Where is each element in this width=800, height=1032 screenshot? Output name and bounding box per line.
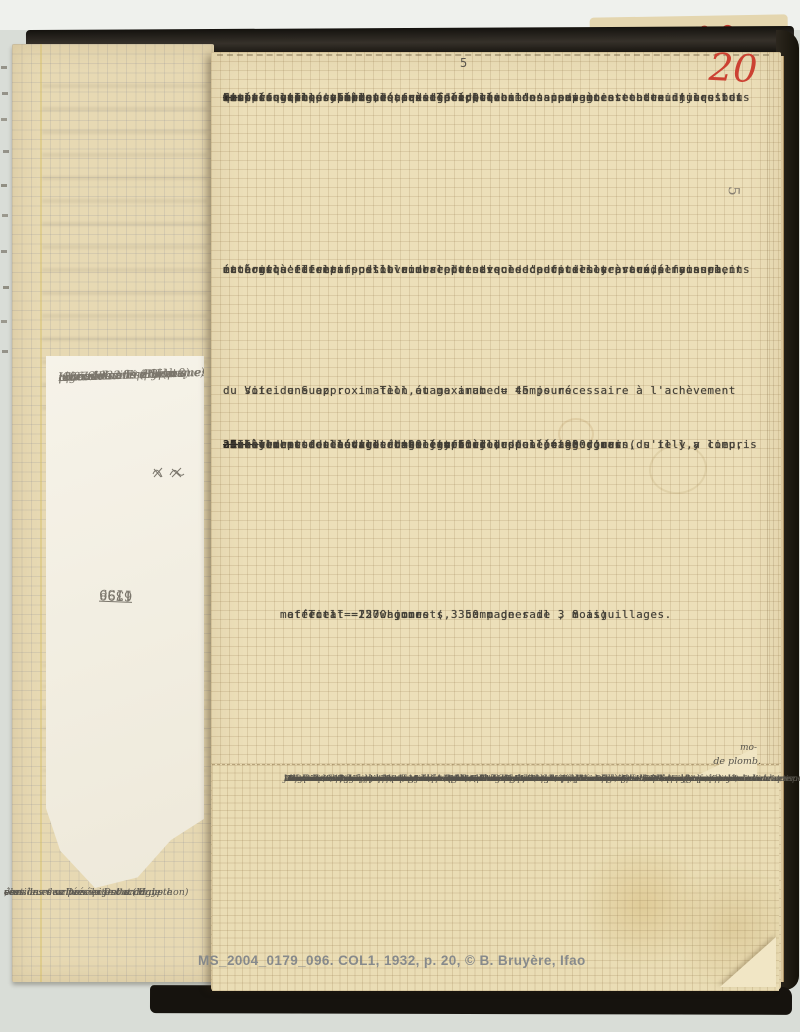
text-line: matériel = I2 wagonnets, 350 m de rail ,… — [223, 604, 672, 627]
perforation-edge — [217, 54, 769, 56]
pencil-calculation: 17986391159 — [84, 601, 132, 603]
hieroglyph-signs-icon — [150, 464, 186, 480]
margin-pencil-mark: 5 — [725, 186, 743, 196]
text-line: matériel et temps. — [223, 258, 351, 283]
page-edge-ink-marks — [1, 66, 7, 69]
scanned-notebook-page: ] sen reurolitimmmacen (lu fOnaddiont , … — [0, 0, 800, 1032]
text-line: dans les marines du Delta (Manethon) — [4, 886, 189, 900]
typed-report-page: 5 20 5 Si la fouille systèmatique du Tel… — [211, 52, 781, 990]
text-line: Sirbonis (Philarque) — [58, 363, 205, 387]
text-line: questions posées sera le fruit des proch… — [223, 86, 622, 110]
edge-text-fragment: de plomb. — [713, 756, 761, 767]
text-line: 1159 — [99, 586, 133, 603]
pasted-note-slip: p.6. 1932Horus de Mesent (p 8)légende co… — [46, 356, 204, 888]
page-number: 5 — [460, 56, 467, 70]
text-line: ros — [4, 886, 19, 900]
text-line: du site de Suez : Tèll,étage arabe = 45 … — [223, 379, 572, 403]
cut-word-fragment: mo- — [740, 743, 757, 753]
red-folio-number: 20 — [708, 45, 759, 91]
archive-watermark: MS_2004_0179_096. COL1, 1932, p. 20, © B… — [198, 953, 586, 968]
text-line: La ville disposée en damier comme Alexan… — [284, 773, 645, 785]
dog-ear-corner — [720, 937, 776, 987]
